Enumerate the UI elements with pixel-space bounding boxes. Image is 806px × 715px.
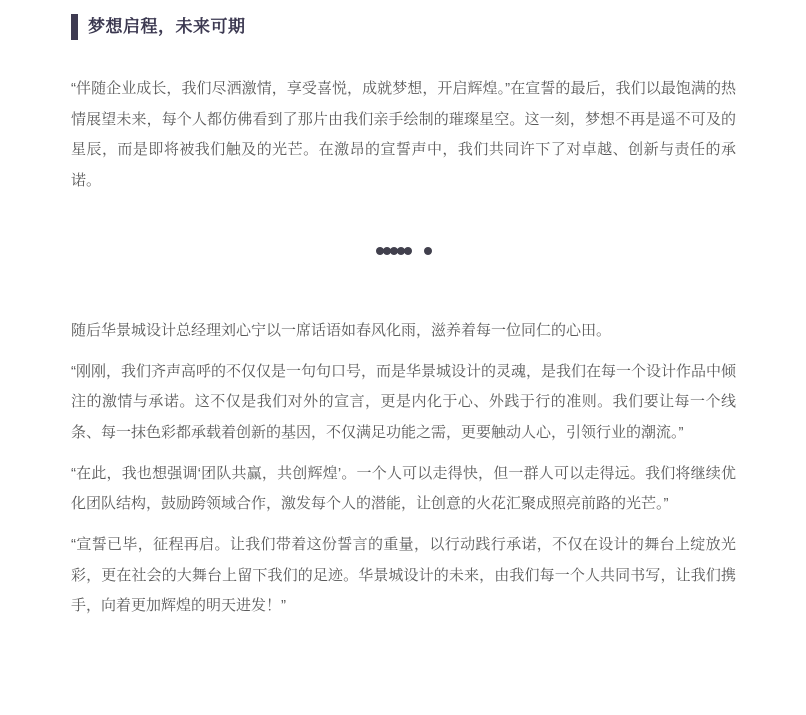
article-title-block: 梦想启程，未来可期 [71,14,736,40]
single-dot [424,247,432,255]
paragraph-1: “伴随企业成长，我们尽洒激情，享受喜悦，成就梦想，开启辉煌。”在宣誓的最后，我们… [71,74,736,197]
separator-dot [404,247,412,255]
paragraph-3: “刚刚，我们齐声高呼的不仅仅是一句句口号，而是华景城设计的灵魂，是我们在每一个设… [71,357,736,449]
page-title: 梦想启程，未来可期 [88,14,246,40]
paragraph-4: “在此，我也想强调‘团队共赢，共创辉煌’。一个人可以走得快，但一群人可以走得远。… [71,459,736,520]
paragraph-2: 随后华景城设计总经理刘心宁以一席话语如春风化雨，滋养着每一位同仁的心田。 [71,316,736,347]
dot-cluster [376,247,411,255]
article-page: 梦想启程，未来可期 “伴随企业成长，我们尽洒激情，享受喜悦，成就梦想，开启辉煌。… [0,0,806,715]
title-accent-bar [71,14,78,40]
paragraph-5: “宣誓已毕，征程再启。让我们带着这份誓言的重量，以行动践行承诺，不仅在设计的舞台… [71,530,736,622]
dots-separator [71,247,736,256]
